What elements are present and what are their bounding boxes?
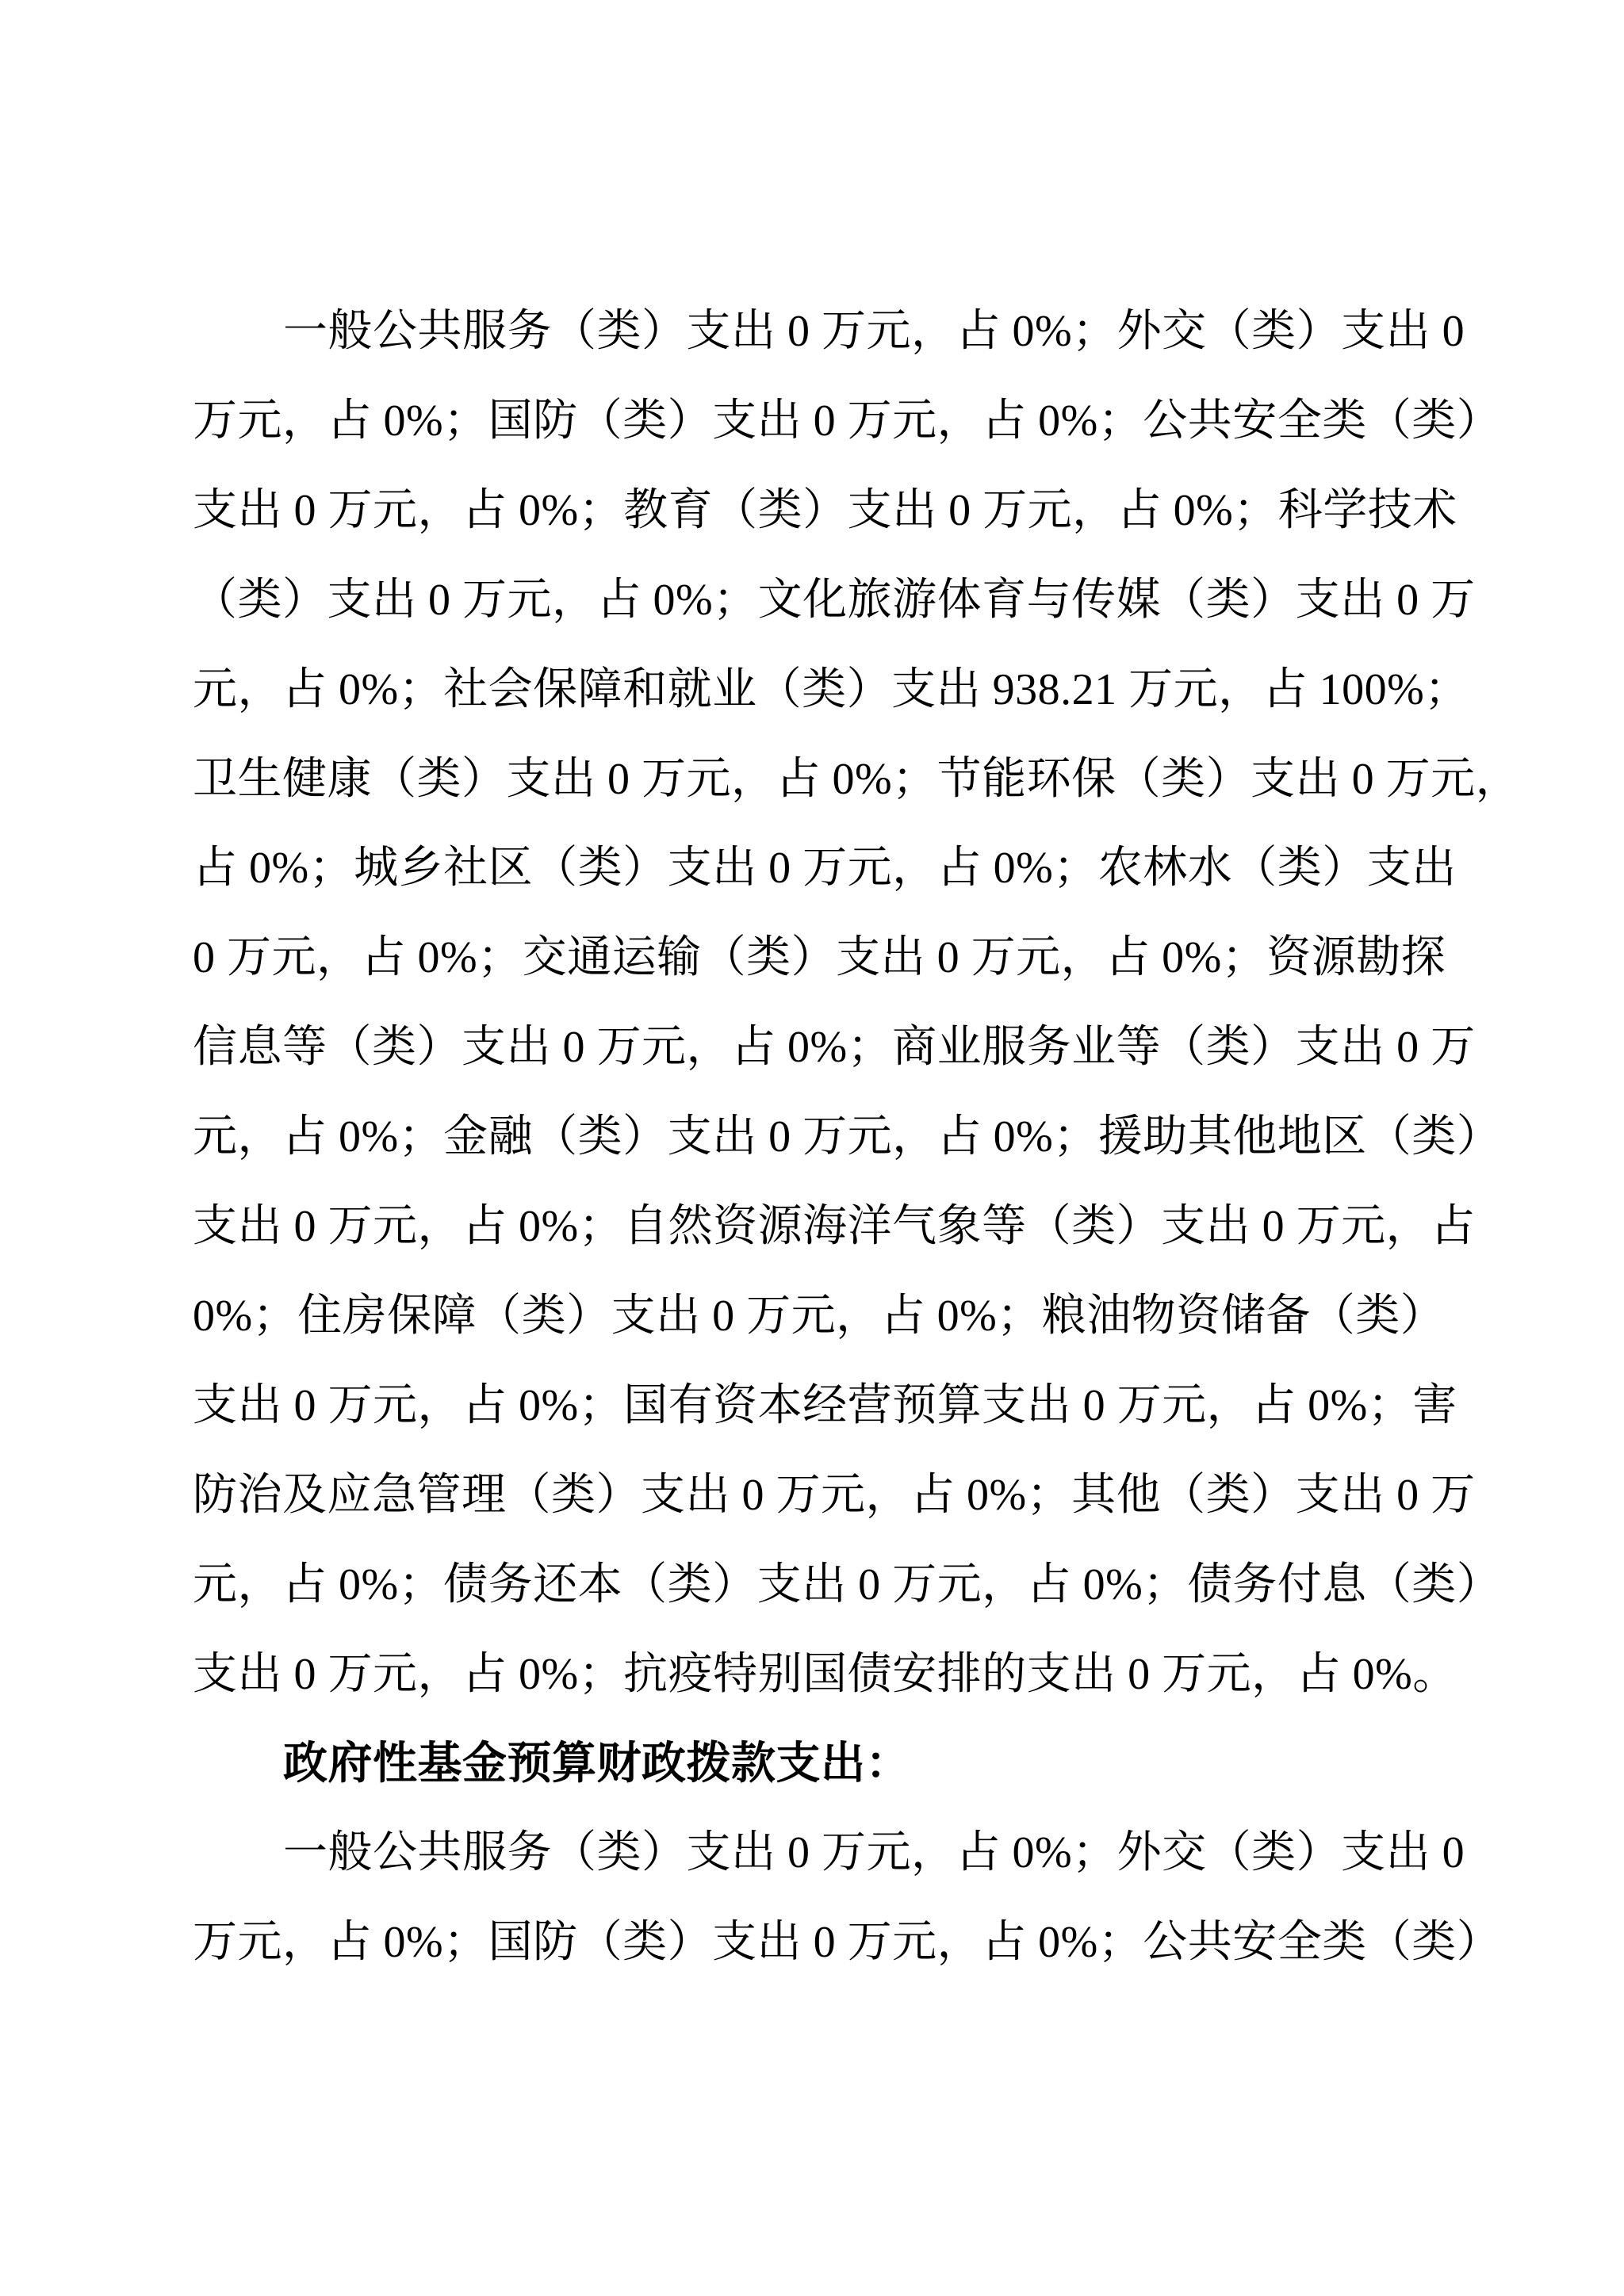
text-line: 卫生健康（类）支出 0 万元，占 0%；节能环保（类）支出 0 万元， <box>193 735 1431 825</box>
text-line: 万元，占 0%；国防（类）支出 0 万元，占 0%；公共安全类（类） <box>193 377 1431 466</box>
text-line: 0 万元，占 0%；交通运输（类）支出 0 万元，占 0%；资源勘探 <box>193 913 1431 1003</box>
text-line: 0%；住房保障（类）支出 0 万元，占 0%；粮油物资储备（类） <box>193 1272 1431 1361</box>
text-line: 万元，占 0%；国防（类）支出 0 万元，占 0%；公共安全类（类） <box>193 1898 1431 1988</box>
section-heading: 政府性基金预算财政拨款支出： <box>193 1720 1431 1809</box>
text-line: 支出 0 万元，占 0%；自然资源海洋气象等（类）支出 0 万元，占 <box>193 1182 1431 1272</box>
text-line: 支出 0 万元，占 0%；抗疫特别国债安排的支出 0 万元，占 0%。 <box>193 1630 1431 1720</box>
text-line: 一般公共服务（类）支出 0 万元，占 0%；外交（类）支出 0 <box>193 287 1431 377</box>
text-line: 元，占 0%；金融（类）支出 0 万元，占 0%；援助其他地区（类） <box>193 1093 1431 1182</box>
text-block: 一般公共服务（类）支出 0 万元，占 0%；外交（类）支出 0万元，占 0%；国… <box>193 287 1431 1988</box>
text-line: 防治及应急管理（类）支出 0 万元，占 0%；其他（类）支出 0 万 <box>193 1451 1431 1540</box>
text-line: （类）支出 0 万元，占 0%；文化旅游体育与传媒（类）支出 0 万 <box>193 556 1431 645</box>
text-line: 元，占 0%；债务还本（类）支出 0 万元，占 0%；债务付息（类） <box>193 1540 1431 1630</box>
text-line: 支出 0 万元，占 0%；国有资本经营预算支出 0 万元，占 0%；害 <box>193 1361 1431 1451</box>
text-line: 一般公共服务（类）支出 0 万元，占 0%；外交（类）支出 0 <box>193 1808 1431 1898</box>
text-line: 占 0%；城乡社区（类）支出 0 万元，占 0%；农林水（类）支出 <box>193 824 1431 913</box>
text-line: 元，占 0%；社会保障和就业（类）支出 938.21 万元，占 100%； <box>193 645 1431 735</box>
text-line: 支出 0 万元，占 0%；教育（类）支出 0 万元，占 0%；科学技术 <box>193 466 1431 556</box>
document-page: 一般公共服务（类）支出 0 万元，占 0%；外交（类）支出 0万元，占 0%；国… <box>0 0 1624 2296</box>
text-line: 信息等（类）支出 0 万元，占 0%；商业服务业等（类）支出 0 万 <box>193 1003 1431 1093</box>
